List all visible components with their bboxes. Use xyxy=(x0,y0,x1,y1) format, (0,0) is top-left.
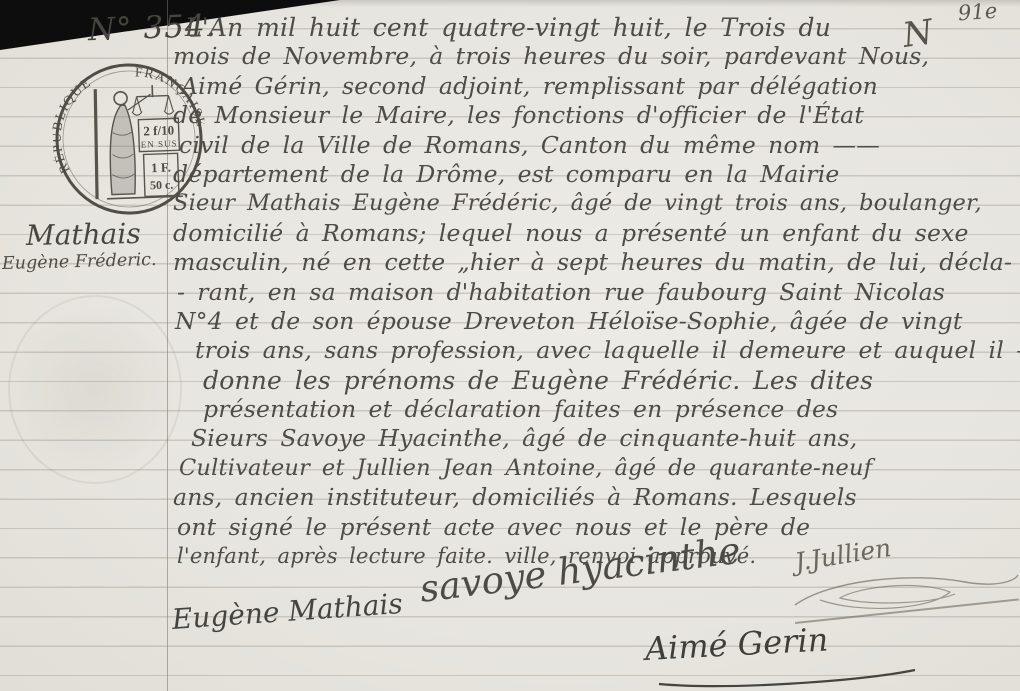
act-line: Cultivateur et Jullien Jean Antoine, âgé… xyxy=(173,454,1018,483)
act-line: présentation et déclaration faites en pr… xyxy=(173,395,1018,424)
margin-name-given: Eugène Fréderic. xyxy=(2,250,157,274)
act-line: de Monsieur le Maire, les fonctions d'of… xyxy=(173,101,1018,130)
act-line: domicilié à Romans; lequel nous a présen… xyxy=(173,219,1018,248)
margin-name-surname: Mathais xyxy=(26,217,141,252)
act-line: donne les prénoms de Eugène Frédéric. Le… xyxy=(173,366,1018,395)
jullien-signature-flourish xyxy=(790,570,1020,620)
act-line: civil de la Ville de Romans, Canton du m… xyxy=(173,131,1018,160)
act-line: mois de Novembre, à trois heures du soir… xyxy=(173,42,1018,71)
ink-bleedthrough-circle xyxy=(8,295,182,484)
act-body-text: L'An mil huit cent quatre-vingt huit, le… xyxy=(173,13,1018,571)
scales-icon xyxy=(127,84,174,115)
stamp-surtax-fraction: 2 f/10 xyxy=(143,122,174,138)
act-line: ont signé le présent acte avec nous et l… xyxy=(173,513,1018,542)
act-line: masculin, né en cette „hier à sept heure… xyxy=(173,248,1018,277)
act-line: ans, ancien instituteur, domiciliés à Ro… xyxy=(173,483,1018,512)
act-line: trois ans, sans profession, avec laquell… xyxy=(173,336,1018,365)
scanned-birth-record-page: { "page": { "act_number": "N° 354.", "pa… xyxy=(0,0,1020,691)
act-line: L'An mil huit cent quatre-vingt huit, le… xyxy=(173,13,1018,42)
stamp-arc-left-text: RÉPUBLIQUE xyxy=(50,74,97,176)
act-line: département de la Drôme, est comparu en … xyxy=(173,160,1018,189)
act-line: N°4 et de son épouse Dreveton Héloïse-So… xyxy=(173,307,1018,336)
act-line: Aimé Gérin, second adjoint, remplissant … xyxy=(173,72,1018,101)
justice-staff xyxy=(93,89,99,199)
stamp-value-francs: 1 F. xyxy=(151,160,171,176)
act-line: Sieurs Savoye Hyacinthe, âgé de cinquant… xyxy=(173,424,1018,453)
stamp-value-centimes: 50 c. xyxy=(150,177,174,192)
gerin-signature-flourish xyxy=(655,668,920,690)
act-line: - rant, en sa maison d'habitation rue fa… xyxy=(173,278,1018,307)
act-line: Sieur Mathais Eugène Frédéric, âgé de vi… xyxy=(173,189,1018,218)
